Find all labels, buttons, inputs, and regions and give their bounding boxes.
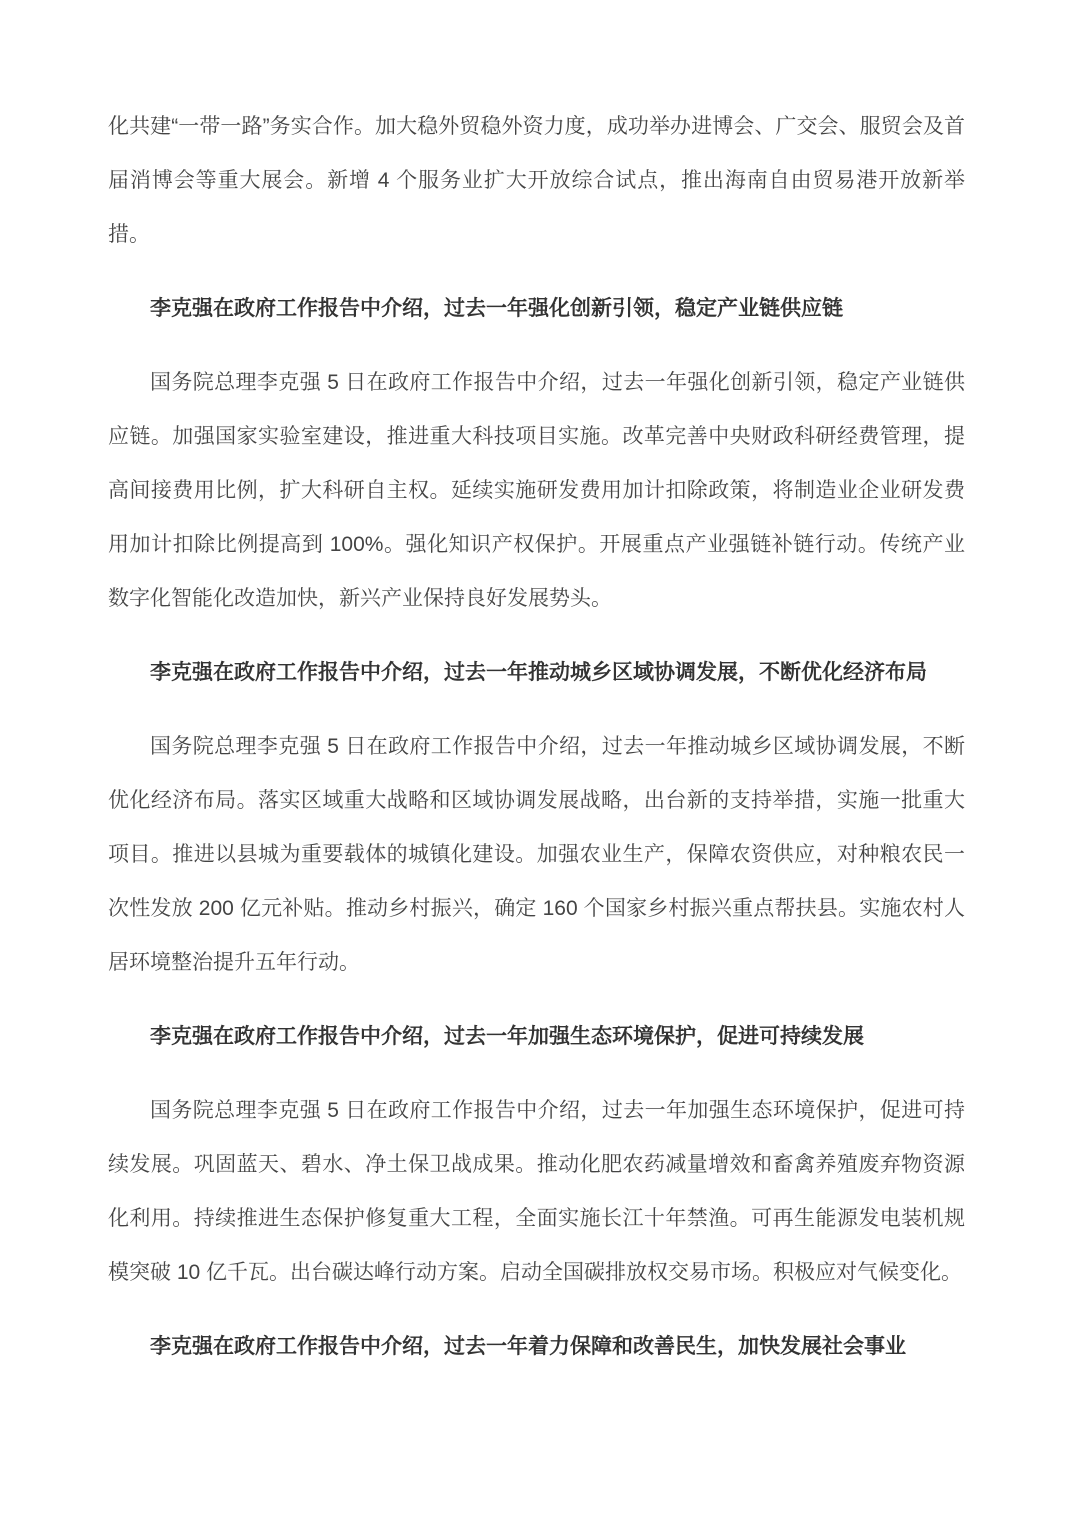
document-body: { "page": { "background": "#ffffff", "bo… [0, 0, 1074, 1520]
body-paragraph-environment: 国务院总理李克强 5 日在政府工作报告中介绍，过去一年加强生态环境保护，促进可持… [108, 1084, 965, 1300]
section-heading-environment: 李克强在政府工作报告中介绍，过去一年加强生态环境保护，促进可持续发展 [108, 1010, 965, 1064]
body-paragraph-innovation: 国务院总理李克强 5 日在政府工作报告中介绍，过去一年强化创新引领，稳定产业链供… [108, 356, 965, 626]
document-page: 化共建“一带一路”务实合作。加大稳外贸稳外资力度，成功举办进博会、广交会、服贸会… [0, 0, 1074, 1520]
section-heading-innovation: 李克强在政府工作报告中介绍，过去一年强化创新引领，稳定产业链供应链 [108, 282, 965, 336]
section-heading-livelihood: 李克强在政府工作报告中介绍，过去一年着力保障和改善民生，加快发展社会事业 [108, 1320, 965, 1374]
body-paragraph-regional-development: 国务院总理李克强 5 日在政府工作报告中介绍，过去一年推动城乡区域协调发展，不断… [108, 720, 965, 990]
body-paragraph-continuation: 化共建“一带一路”务实合作。加大稳外贸稳外资力度，成功举办进博会、广交会、服贸会… [108, 100, 965, 262]
section-heading-regional-development: 李克强在政府工作报告中介绍，过去一年推动城乡区域协调发展，不断优化经济布局 [108, 646, 965, 700]
